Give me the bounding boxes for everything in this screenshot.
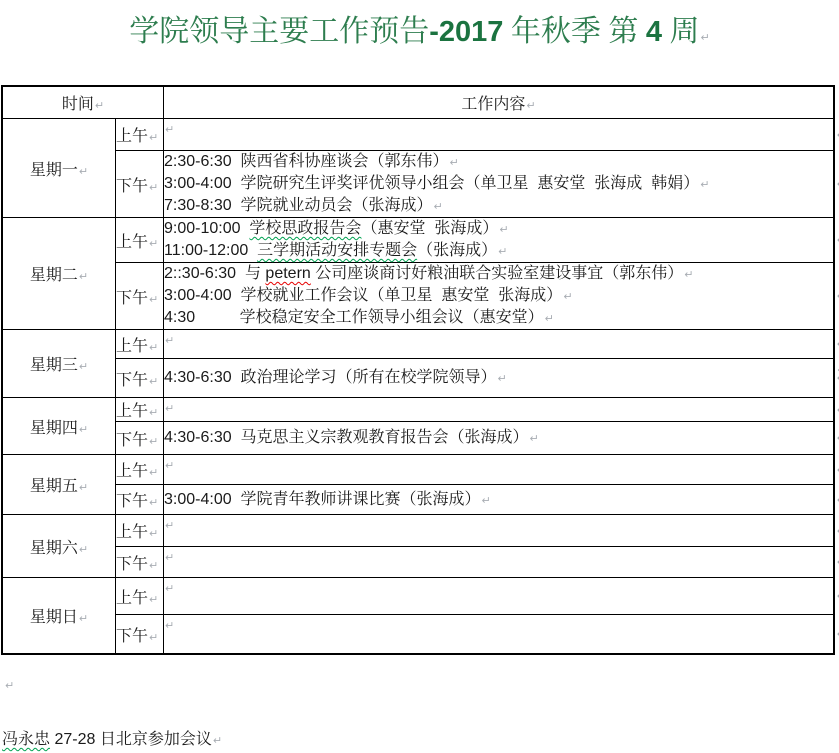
paragraph-mark: ↵ — [149, 406, 158, 419]
pm-label: 下午 — [116, 628, 148, 645]
am-cell: 上午↵ — [116, 218, 164, 263]
pm-label: 下午 — [116, 290, 148, 307]
paragraph-mark: ↵ — [79, 270, 88, 283]
pm-cell: 下午↵ — [116, 151, 164, 218]
paragraph-mark: ↵ — [499, 223, 508, 236]
paragraph-mark: ↵ — [563, 290, 572, 303]
paragraph-mark: ↵ — [149, 293, 158, 306]
paragraph-mark: ↵ — [545, 312, 554, 325]
paragraph-mark: ↵ — [450, 156, 459, 169]
pm-cell: 下午↵ — [116, 485, 164, 515]
paragraph-mark: ↵ — [79, 481, 88, 494]
paragraph-mark: ↵ — [165, 578, 174, 599]
schedule-table: 时间↵ 工作内容↵↵ 星期一↵ 上午↵ ↵↵ 下午↵ 2:30-6:30 陕西省… — [2, 86, 834, 654]
paragraph-mark: ↵ — [434, 200, 443, 213]
pm-cell: 下午↵ — [116, 422, 164, 455]
schedule-text: （惠安堂 张海成） — [361, 220, 498, 237]
pm-label: 下午 — [116, 493, 148, 510]
day-label: 星期二 — [30, 267, 78, 284]
am-cell: 上午↵ — [116, 515, 164, 547]
day-label-cell: 星期一↵ — [3, 119, 116, 218]
content-cell: ↵↵ — [164, 119, 834, 151]
content-cell: ↵↵ — [164, 615, 834, 654]
day-label: 星期日 — [30, 609, 78, 626]
paragraph-mark: ↵ — [165, 330, 174, 351]
day-label-cell: 星期六↵ — [3, 515, 116, 578]
footer-note: 冯永忠 27-28 日北京参加会议↵ — [2, 726, 222, 749]
header-content-label: 工作内容 — [461, 96, 525, 113]
am-cell: 上午↵ — [116, 119, 164, 151]
am-label: 上午 — [116, 128, 148, 145]
day-row-wednesday: 星期三↵ 上午↵ ↵↵ — [3, 330, 834, 359]
title-season: 年秋季 第 — [503, 15, 646, 48]
pm-label: 下午 — [116, 178, 148, 195]
content-cell: ↵↵ — [164, 547, 834, 578]
day-label-cell: 星期三↵ — [3, 330, 116, 398]
content-cell: 9:00-10:00 学校思政报告会（惠安堂 张海成）↵ 11:00-12:00… — [164, 218, 834, 263]
day-label-cell: 星期五↵ — [3, 455, 116, 515]
schedule-line: 9:00-10:00 学校思政报告会（惠安堂 张海成）↵ — [164, 218, 833, 240]
pm-cell: 下午↵ — [116, 615, 164, 654]
day-label: 星期三 — [30, 357, 78, 374]
day-label: 星期一 — [30, 162, 78, 179]
paragraph-mark: ↵ — [165, 515, 174, 536]
title-year: -2017 — [429, 16, 503, 48]
day-label-cell: 星期日↵ — [3, 578, 116, 654]
content-cell: ↵↵ — [164, 398, 834, 422]
grammar-underlined-text: 冯永忠 — [2, 731, 50, 748]
header-content-cell: 工作内容↵↵ — [164, 87, 834, 119]
paragraph-mark: ↵ — [165, 398, 174, 419]
pm-label: 下午 — [116, 372, 148, 389]
title-week-suffix: 周 — [662, 15, 700, 48]
footer-note-text: 27-28 日北京参加会议 — [50, 731, 212, 748]
am-label: 上午 — [116, 524, 148, 541]
paragraph-mark: ↵ — [165, 119, 174, 140]
am-label: 上午 — [116, 403, 148, 420]
schedule-line: 4:30-6:30 政治理论学习（所有在校学院领导）↵ — [164, 367, 833, 389]
empty-paragraph: ↵ — [4, 676, 14, 694]
paragraph-mark: ↵ — [149, 181, 158, 194]
am-cell: 上午↵ — [116, 578, 164, 615]
day-row-tuesday: 星期二↵ 上午↵ 9:00-10:00 学校思政报告会（惠安堂 张海成）↵ 11… — [3, 218, 834, 263]
content-cell: ↵↵ — [164, 515, 834, 547]
paragraph-mark: ↵ — [95, 99, 104, 112]
paragraph-mark: ↵ — [79, 360, 88, 373]
header-time-cell: 时间↵ — [3, 87, 164, 119]
schedule-text: 7:30-8:30 学院就业动员会（张海成） — [164, 197, 433, 214]
paragraph-mark: ↵ — [684, 268, 693, 281]
paragraph-mark: ↵ — [149, 496, 158, 509]
paragraph-mark: ↵ — [701, 31, 710, 44]
content-cell: 2:30-6:30 陕西省科协座谈会（郭东伟）↵ 3:00-4:00 学院研究生… — [164, 151, 834, 218]
schedule-text: 2:30-6:30 陕西省科协座谈会（郭东伟） — [164, 153, 449, 170]
paragraph-mark: ↵ — [526, 99, 535, 112]
paragraph-mark: ↵ — [165, 615, 174, 636]
schedule-text: 3:00-4:00 学院研究生评奖评优领导小组会（单卫星 惠安堂 张海成 韩娟） — [164, 175, 699, 192]
paragraph-mark: ↵ — [79, 612, 88, 625]
paragraph-mark: ↵ — [149, 466, 158, 479]
schedule-line: 3:00-4:00 学院研究生评奖评优领导小组会（单卫星 惠安堂 张海成 韩娟）… — [164, 173, 833, 195]
day-row-thursday: 星期四↵ 上午↵ ↵↵ — [3, 398, 834, 422]
paragraph-mark: ↵ — [79, 165, 88, 178]
document-page: 学院领导主要工作预告-2017 年秋季 第 4 周↵ 时间↵ 工作内容↵↵ 星期… — [0, 0, 839, 753]
title-week-number: 4 — [646, 16, 662, 48]
pm-label: 下午 — [116, 432, 148, 449]
spellcheck-underlined-text: petern — [265, 265, 310, 282]
content-cell: ↵↵ — [164, 578, 834, 615]
am-cell: 上午↵ — [116, 398, 164, 422]
paragraph-mark: ↵ — [79, 423, 88, 436]
paragraph-mark: ↵ — [498, 372, 507, 385]
content-cell: 2::30-6:30 与 petern 公司座谈商讨好粮油联合实验室建设事宜（郭… — [164, 263, 834, 330]
paragraph-mark: ↵ — [149, 237, 158, 250]
paragraph-mark: ↵ — [149, 527, 158, 540]
day-label: 星期六 — [30, 540, 78, 557]
paragraph-mark: ↵ — [213, 734, 222, 747]
am-cell: 上午↵ — [116, 330, 164, 359]
content-cell: 4:30-6:30 马克思主义宗教观教育报告会（张海成）↵ ↵ — [164, 422, 834, 455]
day-row-saturday: 星期六↵ 上午↵ ↵↵ — [3, 515, 834, 547]
schedule-text: 4:30 学校稳定安全工作领导小组会议（惠安堂） — [164, 309, 544, 326]
title-text: 学院领导主要工作预告 — [129, 15, 429, 48]
schedule-line: 3:00-4:00 学校就业工作会议（单卫星 惠安堂 张海成）↵ — [164, 285, 833, 307]
schedule-text: （张海成） — [417, 242, 497, 259]
paragraph-mark: ↵ — [149, 341, 158, 354]
schedule-text: 11:00-12:00 — [164, 242, 257, 259]
pm-cell: 下午↵ — [116, 263, 164, 330]
schedule-text: 3:00-4:00 学院青年教师讲课比赛（张海成） — [164, 491, 481, 508]
schedule-text: 2::30-6:30 与 — [164, 265, 265, 282]
schedule-line: 4:30 学校稳定安全工作领导小组会议（惠安堂）↵ — [164, 307, 833, 329]
schedule-line: 11:00-12:00 三学期活动安排专题会（张海成）↵ — [164, 240, 833, 262]
pm-label: 下午 — [116, 556, 148, 573]
paragraph-mark: ↵ — [482, 494, 491, 507]
schedule-line: 2:30-6:30 陕西省科协座谈会（郭东伟）↵ — [164, 151, 833, 173]
day-label: 星期四 — [30, 420, 78, 437]
day-row-sunday: 星期日↵ 上午↵ ↵↵ — [3, 578, 834, 615]
content-cell: 4:30-6:30 政治理论学习（所有在校学院领导）↵ ↵ — [164, 359, 834, 398]
am-label: 上午 — [116, 463, 148, 480]
document-title: 学院领导主要工作预告-2017 年秋季 第 4 周↵ — [0, 6, 839, 50]
schedule-text: 3:00-4:00 学校就业工作会议（单卫星 惠安堂 张海成） — [164, 287, 562, 304]
grammar-underlined-text: 三学期活动安排专题会 — [257, 242, 417, 259]
paragraph-mark: ↵ — [700, 178, 709, 191]
schedule-text: 公司座谈商讨好粮油联合实验室建设事宜（郭东伟） — [311, 265, 683, 282]
am-cell: 上午↵ — [116, 455, 164, 485]
pm-cell: 下午↵ — [116, 547, 164, 578]
day-label: 星期五 — [30, 478, 78, 495]
paragraph-mark: ↵ — [149, 375, 158, 388]
paragraph-mark: ↵ — [5, 679, 14, 692]
grammar-underlined-text: 学校思政报告会 — [249, 220, 361, 237]
header-row: 时间↵ 工作内容↵↵ — [3, 87, 834, 119]
paragraph-mark: ↵ — [149, 631, 158, 644]
day-row-friday: 星期五↵ 上午↵ ↵↵ — [3, 455, 834, 485]
schedule-line: 2::30-6:30 与 petern 公司座谈商讨好粮油联合实验室建设事宜（郭… — [164, 263, 833, 285]
schedule-line: 7:30-8:30 学院就业动员会（张海成）↵ — [164, 195, 833, 217]
schedule-line: 4:30-6:30 马克思主义宗教观教育报告会（张海成）↵ — [164, 427, 833, 449]
day-label-cell: 星期二↵ — [3, 218, 116, 330]
paragraph-mark: ↵ — [530, 432, 539, 445]
day-label-cell: 星期四↵ — [3, 398, 116, 455]
paragraph-mark: ↵ — [498, 245, 507, 258]
paragraph-mark: ↵ — [149, 593, 158, 606]
paragraph-mark: ↵ — [149, 559, 158, 572]
pm-cell: 下午↵ — [116, 359, 164, 398]
paragraph-mark: ↵ — [149, 435, 158, 448]
am-label: 上午 — [116, 338, 148, 355]
paragraph-mark: ↵ — [165, 455, 174, 476]
schedule-text: 4:30-6:30 政治理论学习（所有在校学院领导） — [164, 369, 497, 386]
content-cell: ↵↵ — [164, 330, 834, 359]
schedule-text: 9:00-10:00 — [164, 220, 249, 237]
content-cell: ↵↵ — [164, 455, 834, 485]
schedule-text: 4:30-6:30 马克思主义宗教观教育报告会（张海成） — [164, 429, 529, 446]
day-row-monday: 星期一↵ 上午↵ ↵↵ — [3, 119, 834, 151]
header-time-label: 时间 — [62, 96, 94, 113]
am-label: 上午 — [116, 234, 148, 251]
schedule-line: 3:00-4:00 学院青年教师讲课比赛（张海成）↵ — [164, 489, 833, 511]
content-cell: 3:00-4:00 学院青年教师讲课比赛（张海成）↵ ↵ — [164, 485, 834, 515]
paragraph-mark: ↵ — [79, 543, 88, 556]
am-label: 上午 — [116, 590, 148, 607]
paragraph-mark: ↵ — [165, 547, 174, 568]
paragraph-mark: ↵ — [149, 131, 158, 144]
